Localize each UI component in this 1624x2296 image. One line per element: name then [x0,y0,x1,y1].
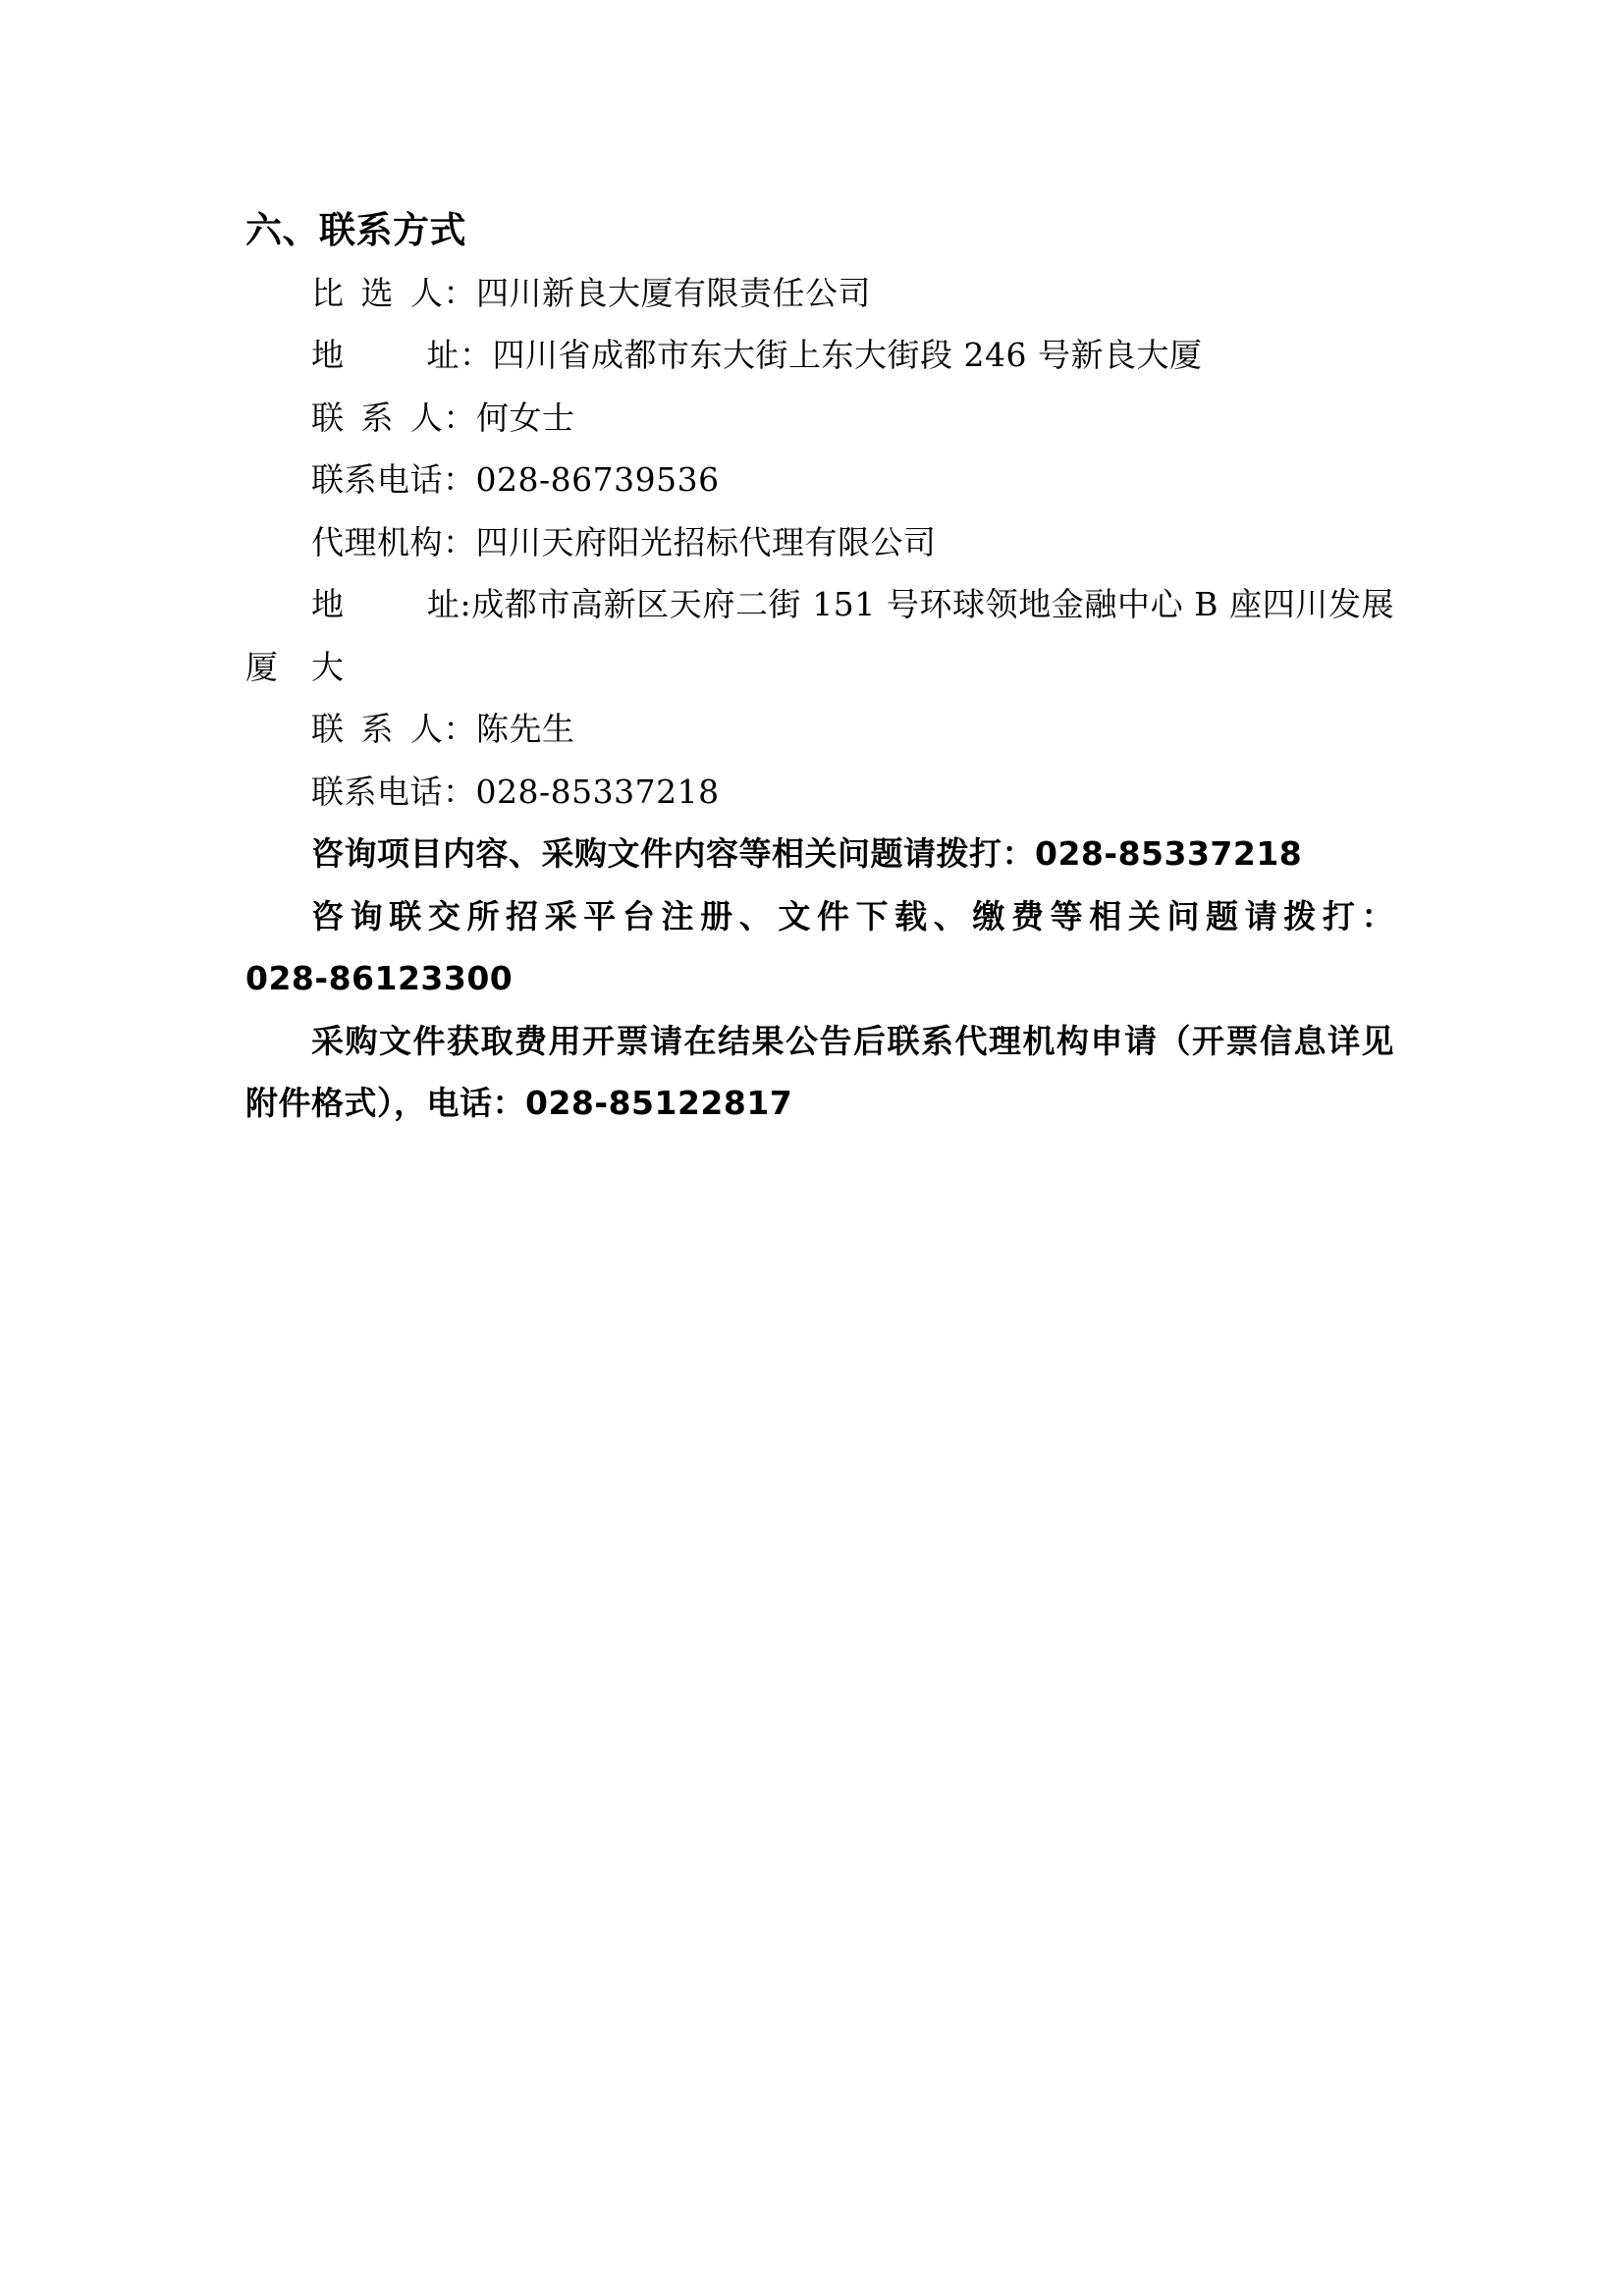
invoice-notice-wrap-line: 附件格式），电话：028-85122817 [245,1072,1394,1135]
section-heading: 六、联系方式 [245,199,1394,262]
document-page: 六、联系方式比 选 人：四川新良大厦有限责任公司地 址：四川省成都市东大街上东大… [0,0,1624,2296]
agency-phone-line: 联系电话：028-85337218 [245,761,1394,824]
platform-inquiry-phone-line: 028-86123300 [245,947,1394,1010]
agency-address-wrap-line: 厦 [245,636,1394,699]
selector-phone-line: 联系电话：028-86739536 [245,449,1394,511]
project-inquiry-line: 咨询项目内容、采购文件内容等相关问题请拨打：028-85337218 [245,823,1394,885]
selector-name-line: 比 选 人：四川新良大厦有限责任公司 [245,262,1394,325]
agency-contact-line: 联 系 人：陈先生 [245,698,1394,761]
invoice-notice-line: 采购文件获取费用开票请在结果公告后联系代理机构申请（开票信息详见 [245,1010,1394,1073]
agency-name-line: 代理机构：四川天府阳光招标代理有限公司 [245,511,1394,574]
selector-contact-line: 联 系 人：何女士 [245,387,1394,450]
platform-inquiry-line: 咨询联交所招采平台注册、文件下载、缴费等相关问题请拨打： [245,885,1394,948]
agency-address-line: 地 址:成都市高新区天府二街 151 号环球领地金融中心 B 座四川发展大 [245,573,1394,636]
selector-address-line: 地 址：四川省成都市东大街上东大街段 246 号新良大厦 [245,324,1394,387]
contact-info-section: 六、联系方式比 选 人：四川新良大厦有限责任公司地 址：四川省成都市东大街上东大… [245,199,1394,1135]
